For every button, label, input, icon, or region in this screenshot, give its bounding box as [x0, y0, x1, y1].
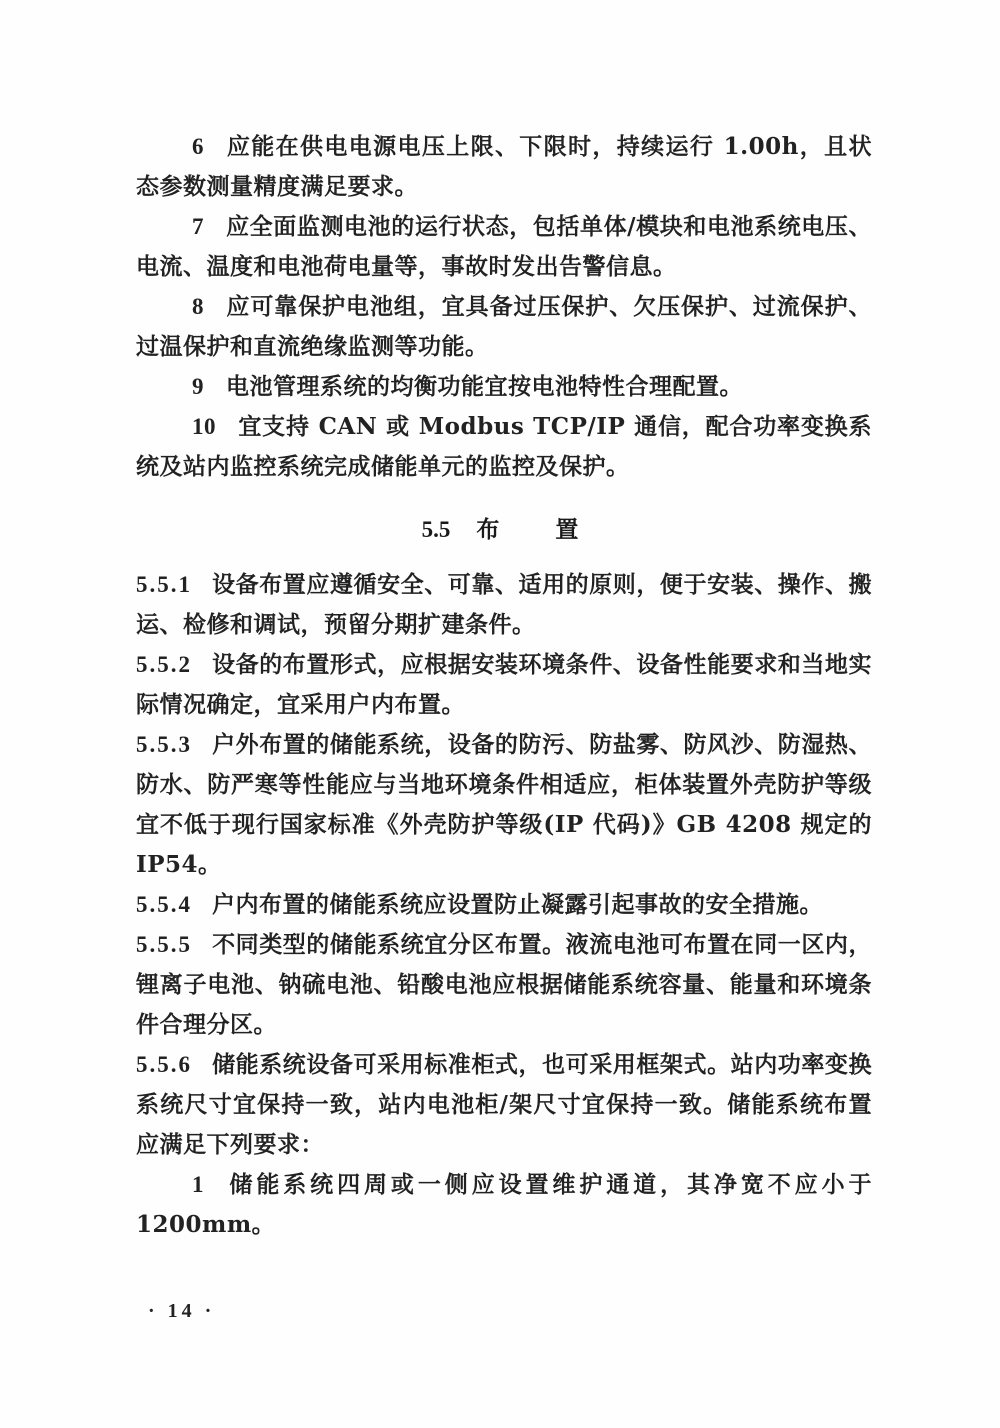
clause: 5.5.3户外布置的储能系统，设备的防污、防盐雾、防风沙、防湿热、防水、防严寒等…	[136, 725, 872, 885]
clause-number: 5.5.6	[136, 1052, 192, 1077]
clause-number: 5.5.5	[136, 932, 192, 957]
clause-number: 5.5.1	[136, 572, 192, 597]
item-number: 6	[192, 134, 204, 159]
clause-text: 不同类型的储能系统宜分区布置。液流电池可布置在同一区内，锂离子电池、钠硫电池、铅…	[136, 931, 872, 1038]
clauses-block: 5.5.1设备布置应遵循安全、可靠、适用的原则，便于安装、操作、搬运、检修和调试…	[136, 565, 872, 1245]
page-number: · 14 ·	[148, 1300, 215, 1323]
item-number: 8	[192, 294, 204, 319]
item-number: 9	[192, 374, 204, 399]
item-text: 储能系统四周或一侧应设置维护通道，其净宽不应小于1200mm。	[136, 1171, 872, 1238]
items-top-block: 6应能在供电电源电压上限、下限时，持续运行 1.00h，且状态参数测量精度满足要…	[136, 127, 872, 487]
list-item: 10宜支持 CAN 或 Modbus TCP/IP 通信，配合功率变换系统及站内…	[136, 407, 872, 487]
clause-text: 设备的布置形式，应根据安装环境条件、设备性能要求和当地实际情况确定，宜采用户内布…	[136, 651, 872, 718]
section-number: 5.5	[422, 517, 451, 542]
item-text: 宜支持 CAN 或 Modbus TCP/IP 通信，配合功率变换系统及站内监控…	[136, 413, 872, 480]
item-number: 7	[192, 214, 204, 239]
clause-number: 5.5.4	[136, 892, 192, 917]
clause: 5.5.2设备的布置形式，应根据安装环境条件、设备性能要求和当地实际情况确定，宜…	[136, 645, 872, 725]
clause-number: 5.5.3	[136, 732, 192, 757]
section-title-char: 置	[555, 516, 578, 543]
list-item: 1储能系统四周或一侧应设置维护通道，其净宽不应小于1200mm。	[136, 1165, 872, 1245]
list-item: 6应能在供电电源电压上限、下限时，持续运行 1.00h，且状态参数测量精度满足要…	[136, 127, 872, 207]
clause: 5.5.4户内布置的储能系统应设置防止凝露引起事故的安全措施。	[136, 885, 872, 925]
clause-text: 户内布置的储能系统应设置防止凝露引起事故的安全措施。	[212, 891, 823, 918]
item-number: 10	[192, 414, 216, 439]
section-heading: 5.5布置	[0, 510, 1000, 550]
list-item: 8应可靠保护电池组，宜具备过压保护、欠压保护、过流保护、过温保护和直流绝缘监测等…	[136, 287, 872, 367]
clause: 5.5.5不同类型的储能系统宜分区布置。液流电池可布置在同一区内，锂离子电池、钠…	[136, 925, 872, 1045]
item-text: 应全面监测电池的运行状态，包括单体/模块和电池系统电压、电流、温度和电池荷电量等…	[136, 213, 872, 280]
list-item: 7应全面监测电池的运行状态，包括单体/模块和电池系统电压、电流、温度和电池荷电量…	[136, 207, 872, 287]
clause-text: 户外布置的储能系统，设备的防污、防盐雾、防风沙、防湿热、防水、防严寒等性能应与当…	[136, 731, 872, 878]
item-text: 应可靠保护电池组，宜具备过压保护、欠压保护、过流保护、过温保护和直流绝缘监测等功…	[136, 293, 872, 360]
document-page: 6应能在供电电源电压上限、下限时，持续运行 1.00h，且状态参数测量精度满足要…	[0, 0, 1000, 1428]
section-title-char: 布	[476, 516, 499, 543]
clause: 5.5.1设备布置应遵循安全、可靠、适用的原则，便于安装、操作、搬运、检修和调试…	[136, 565, 872, 645]
clause-number: 5.5.2	[136, 652, 192, 677]
clause-text: 设备布置应遵循安全、可靠、适用的原则，便于安装、操作、搬运、检修和调试，预留分期…	[136, 571, 872, 638]
clause-text: 储能系统设备可采用标准柜式，也可采用框架式。站内功率变换系统尺寸宜保持一致，站内…	[136, 1051, 872, 1158]
item-text: 应能在供电电源电压上限、下限时，持续运行 1.00h，且状态参数测量精度满足要求…	[136, 133, 872, 200]
list-item: 9电池管理系统的均衡功能宜按电池特性合理配置。	[136, 367, 872, 407]
item-text: 电池管理系统的均衡功能宜按电池特性合理配置。	[226, 373, 743, 400]
item-number: 1	[192, 1172, 204, 1197]
clause: 5.5.6储能系统设备可采用标准柜式，也可采用框架式。站内功率变换系统尺寸宜保持…	[136, 1045, 872, 1165]
